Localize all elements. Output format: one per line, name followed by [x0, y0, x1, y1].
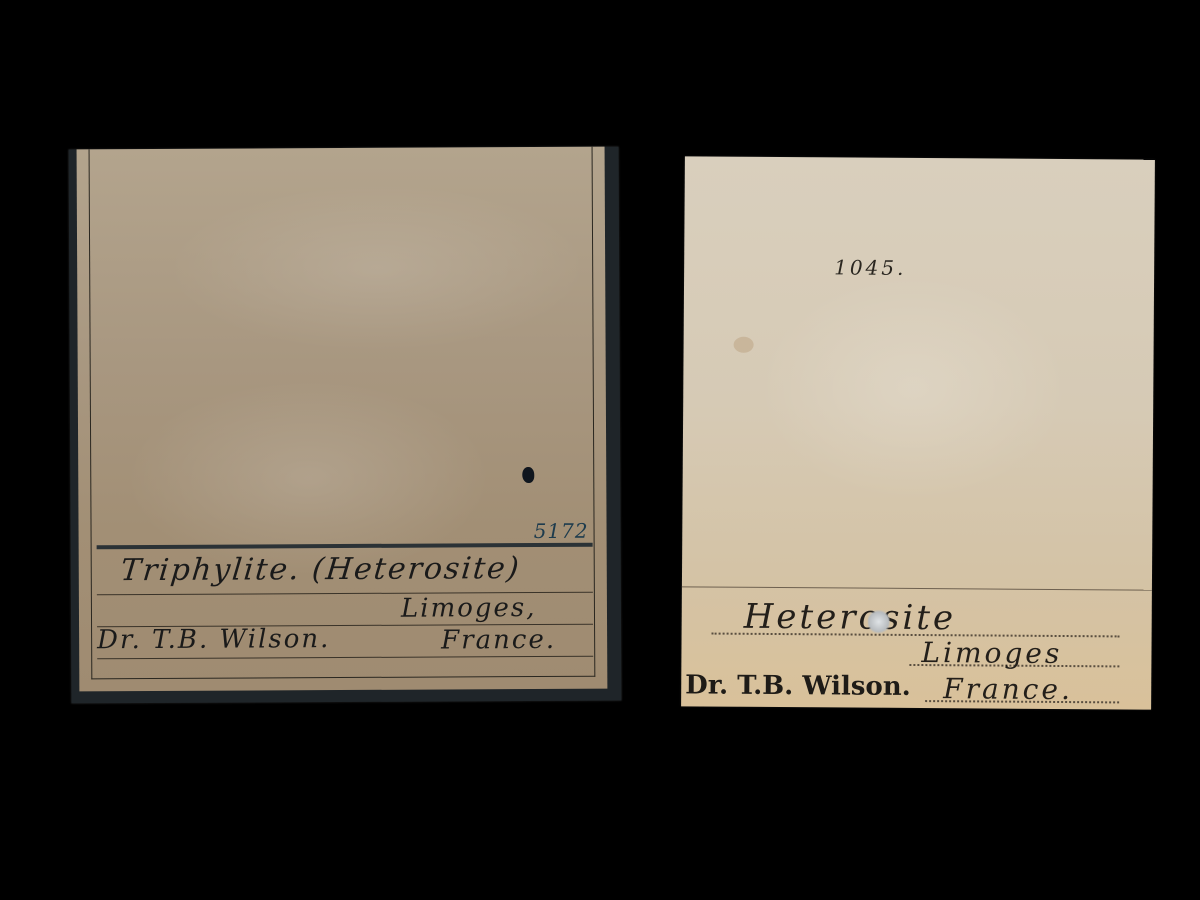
locality-country: France. [943, 672, 1073, 706]
label-divider [682, 586, 1152, 590]
right-specimen-label: 1045. Heterosite Limoges Dr. T.B. Wilson… [681, 156, 1155, 709]
mineral-name: Triphylite. (Heterosite) [119, 551, 522, 588]
paper-stain [734, 337, 754, 353]
catalog-number: 1045. [834, 255, 906, 280]
mineral-name: Heterosite [744, 597, 957, 638]
locality-country: France. [441, 625, 556, 656]
locality-city: Limoges [921, 636, 1062, 670]
specimen-number: 5172 [534, 519, 589, 543]
photo-stage: 5172 Triphylite. (Heterosite) Limoges, D… [0, 0, 1200, 900]
collector-name: Dr. T.B. Wilson. [97, 624, 330, 655]
ink-spot [522, 467, 534, 483]
left-specimen-label: 5172 Triphylite. (Heterosite) Limoges, D… [69, 147, 622, 704]
locality-city: Limoges, [401, 593, 537, 624]
tape-damage [868, 610, 890, 634]
collector-name: Dr. T.B. Wilson. [685, 670, 911, 702]
